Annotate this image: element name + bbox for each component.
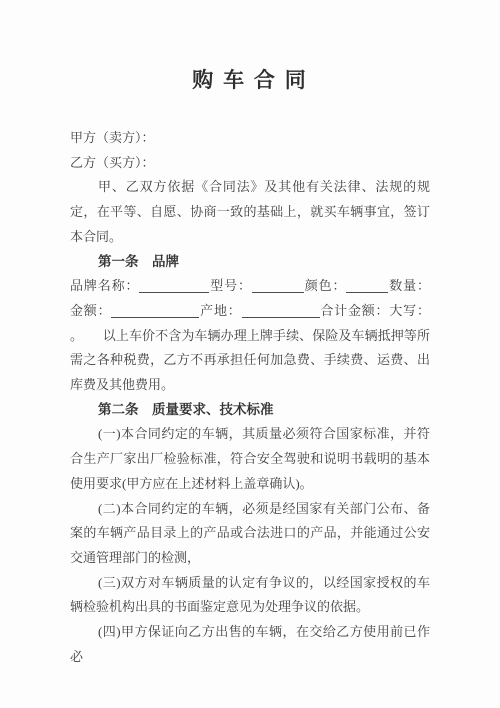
clause2-item-2: (二)本合同约定的车辆，必须是经国家有关部门公布、备案的车辆产品目录上的产品或合…: [70, 497, 430, 571]
amount-blank: [111, 304, 199, 318]
amount-info-line: 金额：产地：合计金额：大写：: [70, 299, 430, 324]
color-label: 颜色：: [304, 278, 347, 293]
parties-block: 甲方（卖方）： 乙方（买方）：: [70, 126, 430, 175]
clause2-item-3: (三)双方对车辆质量的认定有争议的，以经国家授权的车辆检验机构出具的书面鉴定意见…: [70, 571, 430, 620]
brand-name-blank: [139, 279, 209, 293]
total-amount-label: 合计金额：: [320, 303, 390, 318]
origin-label: 产地：: [199, 303, 241, 318]
party-a-line: 甲方（卖方）：: [70, 126, 430, 151]
model-label: 型号：: [209, 278, 252, 293]
brand-info-line: 品牌名称：型号：颜色：数量：: [70, 274, 430, 299]
quantity-label: 数量：: [388, 278, 430, 293]
contract-document: 购 车 合 同 甲方（卖方）： 乙方（买方）： 甲、乙双方依据《合同法》及其他有…: [70, 0, 430, 669]
price-note-paragraph: 。 以上车价不含为车辆办理上牌手续、保险及车辆抵押等所需之各种税费，乙方不再承担…: [70, 324, 430, 398]
clause2-item-1: (一)本合同约定的车辆，其质量必须符合国家标准，并符合生产厂家出厂检验标准，符合…: [70, 422, 430, 496]
capital-amount-label: 大写：: [389, 303, 430, 318]
clause1-heading: 第一条 品牌: [70, 250, 430, 275]
model-blank: [252, 279, 304, 293]
party-b-line: 乙方（买方）：: [70, 151, 430, 176]
color-blank: [346, 279, 388, 293]
clause2-item-4: (四)甲方保证向乙方出售的车辆，在交给乙方使用前已作必: [70, 620, 430, 669]
intro-paragraph: 甲、乙双方依据《合同法》及其他有关法律、法规的规定，在平等、自愿、协商一致的基础…: [70, 175, 430, 249]
document-title: 购 车 合 同: [70, 66, 430, 96]
brand-name-label: 品牌名称：: [70, 278, 139, 293]
clause2-heading: 第二条 质量要求、技术标准: [70, 398, 430, 423]
amount-label: 金额：: [70, 303, 111, 318]
origin-blank: [242, 304, 320, 318]
